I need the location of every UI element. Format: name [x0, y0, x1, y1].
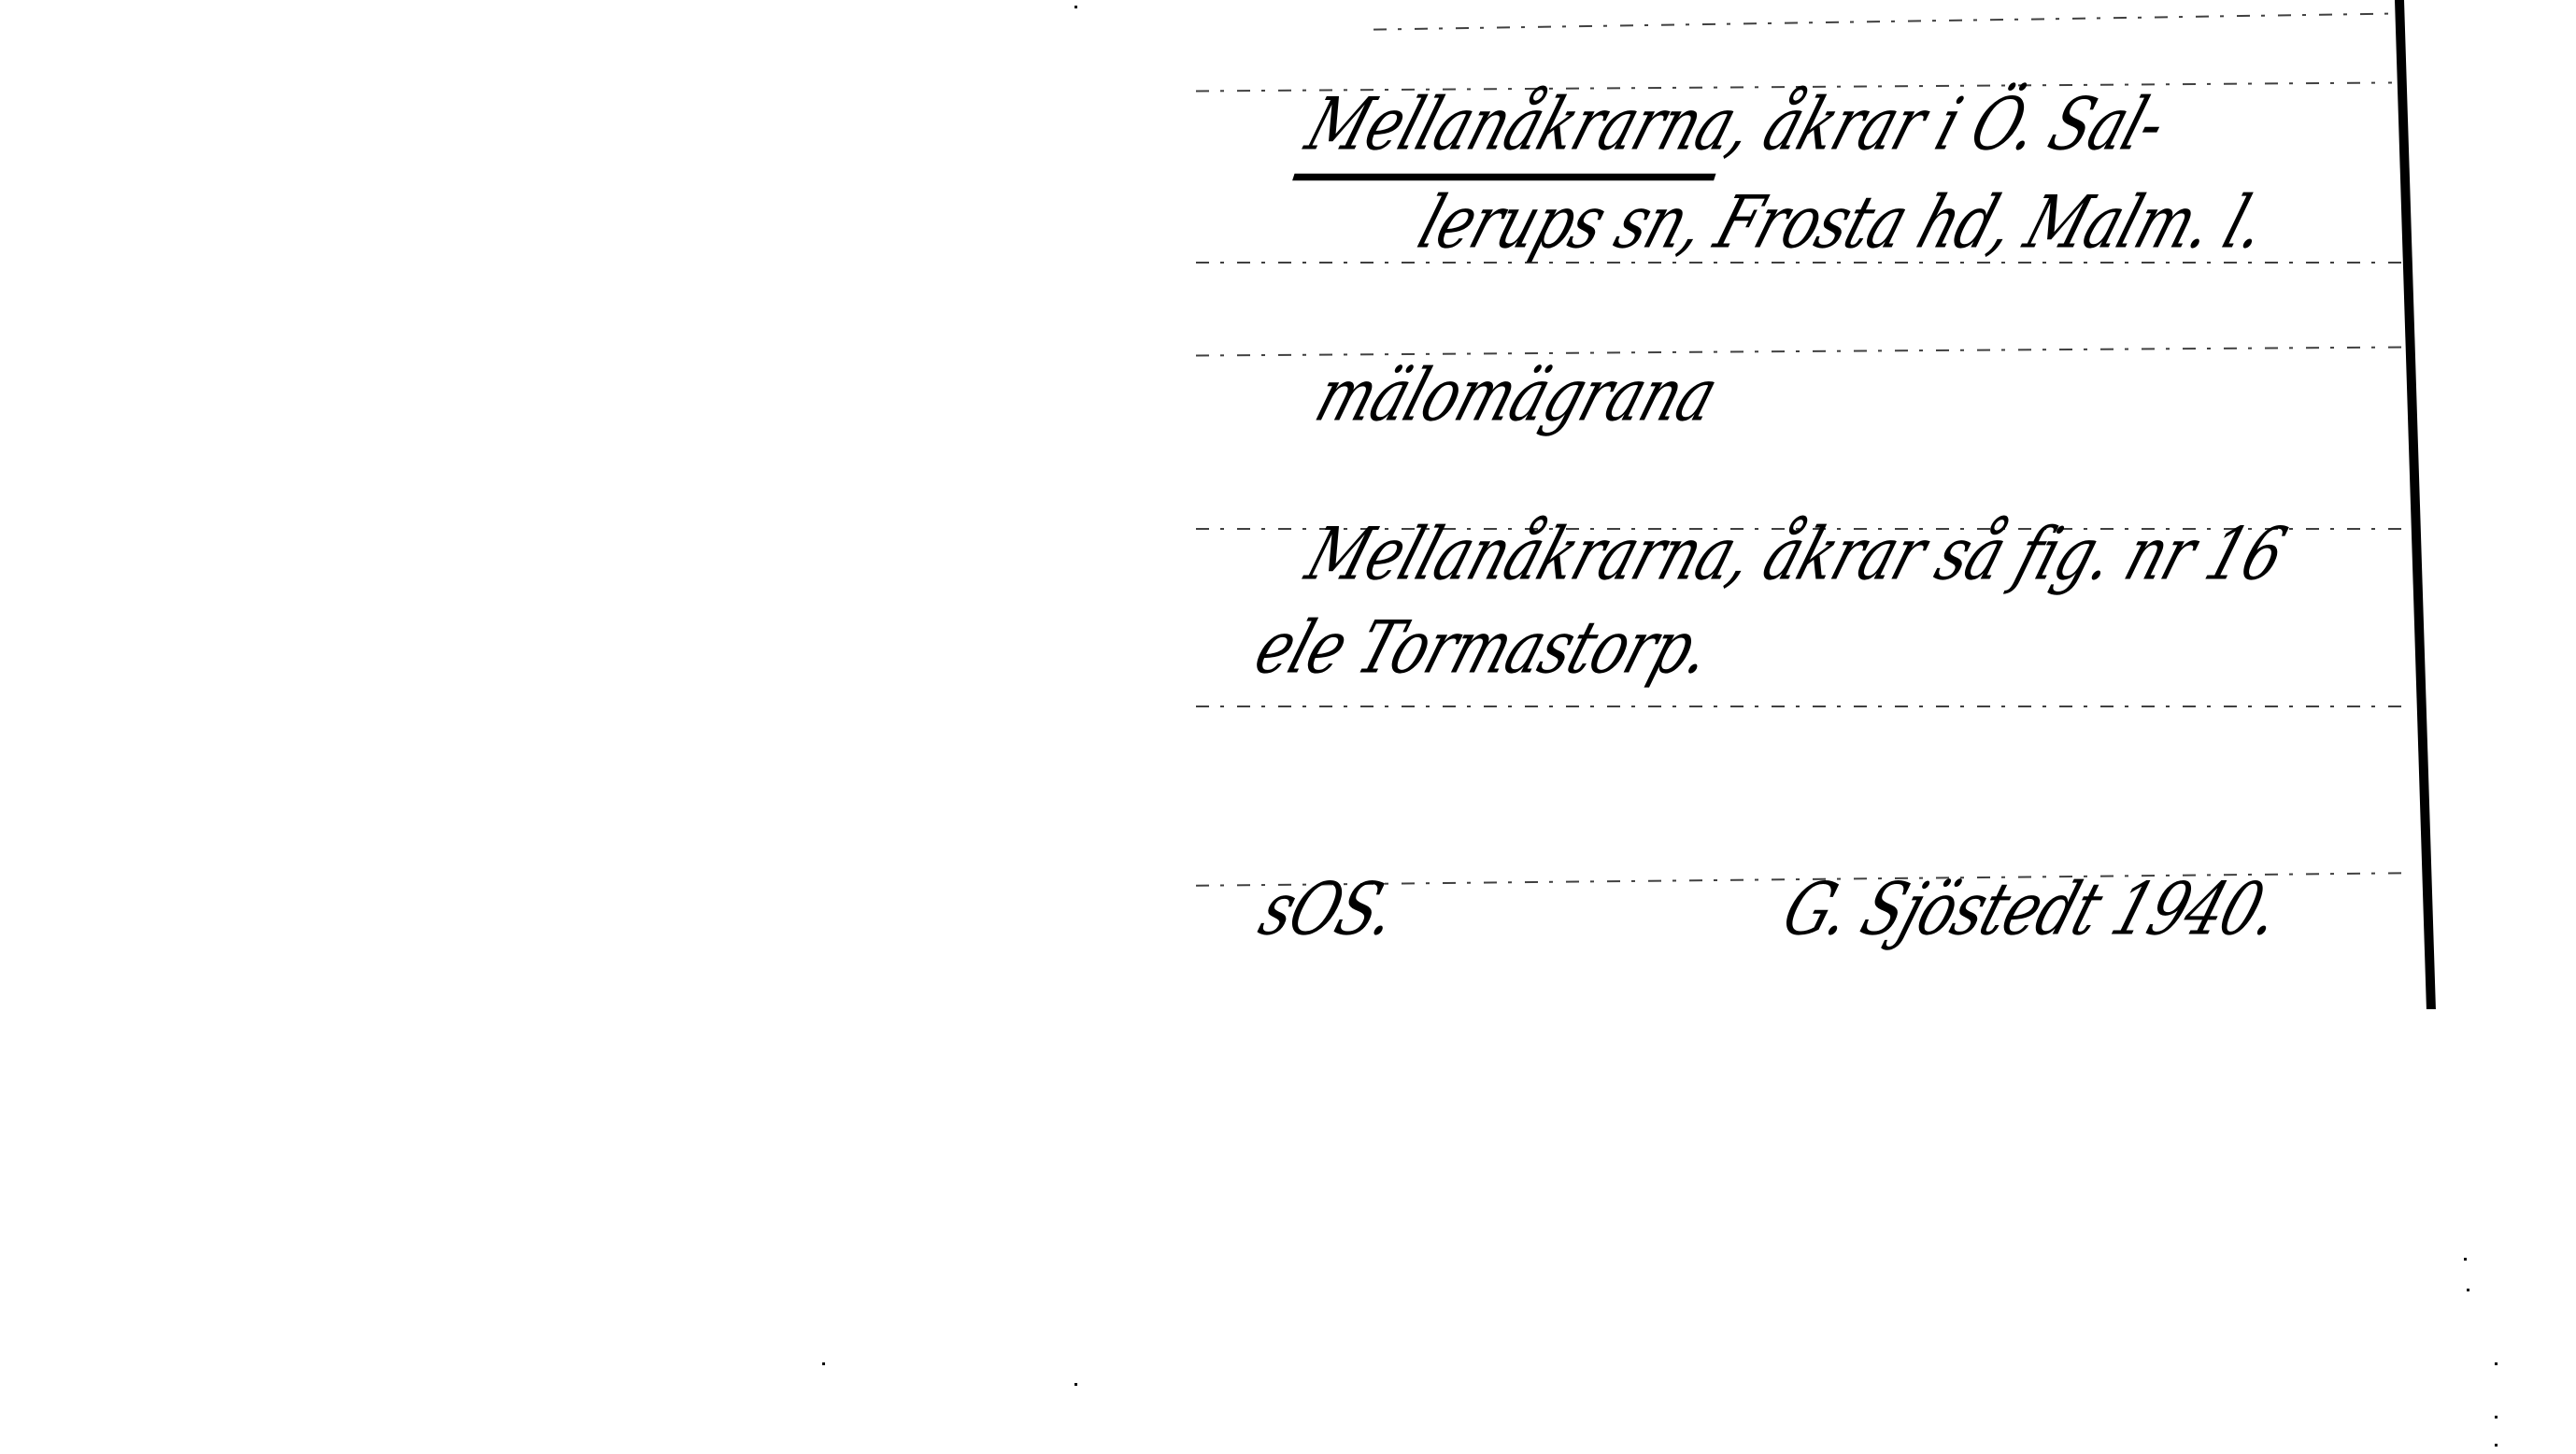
entry-1-line-1: Mellanåkrarna, åkrar i Ö. Sal-: [1299, 89, 2173, 162]
ruled-line: [1196, 706, 2411, 707]
scan-speck: [2464, 1258, 2467, 1261]
scan-speck: [1075, 6, 1077, 8]
phonetic-form: mälomägrana: [1308, 360, 1725, 433]
entry-3-line-2: ele Tormastorp.: [1247, 612, 1719, 685]
headword: Mellanåkrarna: [1292, 81, 1746, 180]
ruled-line: [1373, 12, 2401, 30]
scan-speck: [2467, 1289, 2469, 1291]
record-card: Mellanåkrarna, åkrar i Ö. Sal- lerups sn…: [1177, 0, 2439, 1028]
abbreviation: sOS.: [1252, 874, 1405, 947]
entry-1-line-2: lerups sn, Frosta hd, Malm. l.: [1411, 187, 2274, 260]
signature: G. Sjöstedt 1940.: [1775, 874, 2288, 947]
entry-1-rest: , åkrar i Ö. Sal-: [1718, 81, 2175, 166]
entry-3-line-1: Mellanåkrarna, åkrar så fig. nr 16: [1299, 519, 2293, 592]
scan-speck: [2495, 1444, 2498, 1447]
scan-speck: [2495, 1362, 2498, 1365]
scan-speck: [2495, 1416, 2498, 1418]
scan-speck: [822, 1362, 825, 1365]
scan-speck: [1075, 1383, 1077, 1386]
